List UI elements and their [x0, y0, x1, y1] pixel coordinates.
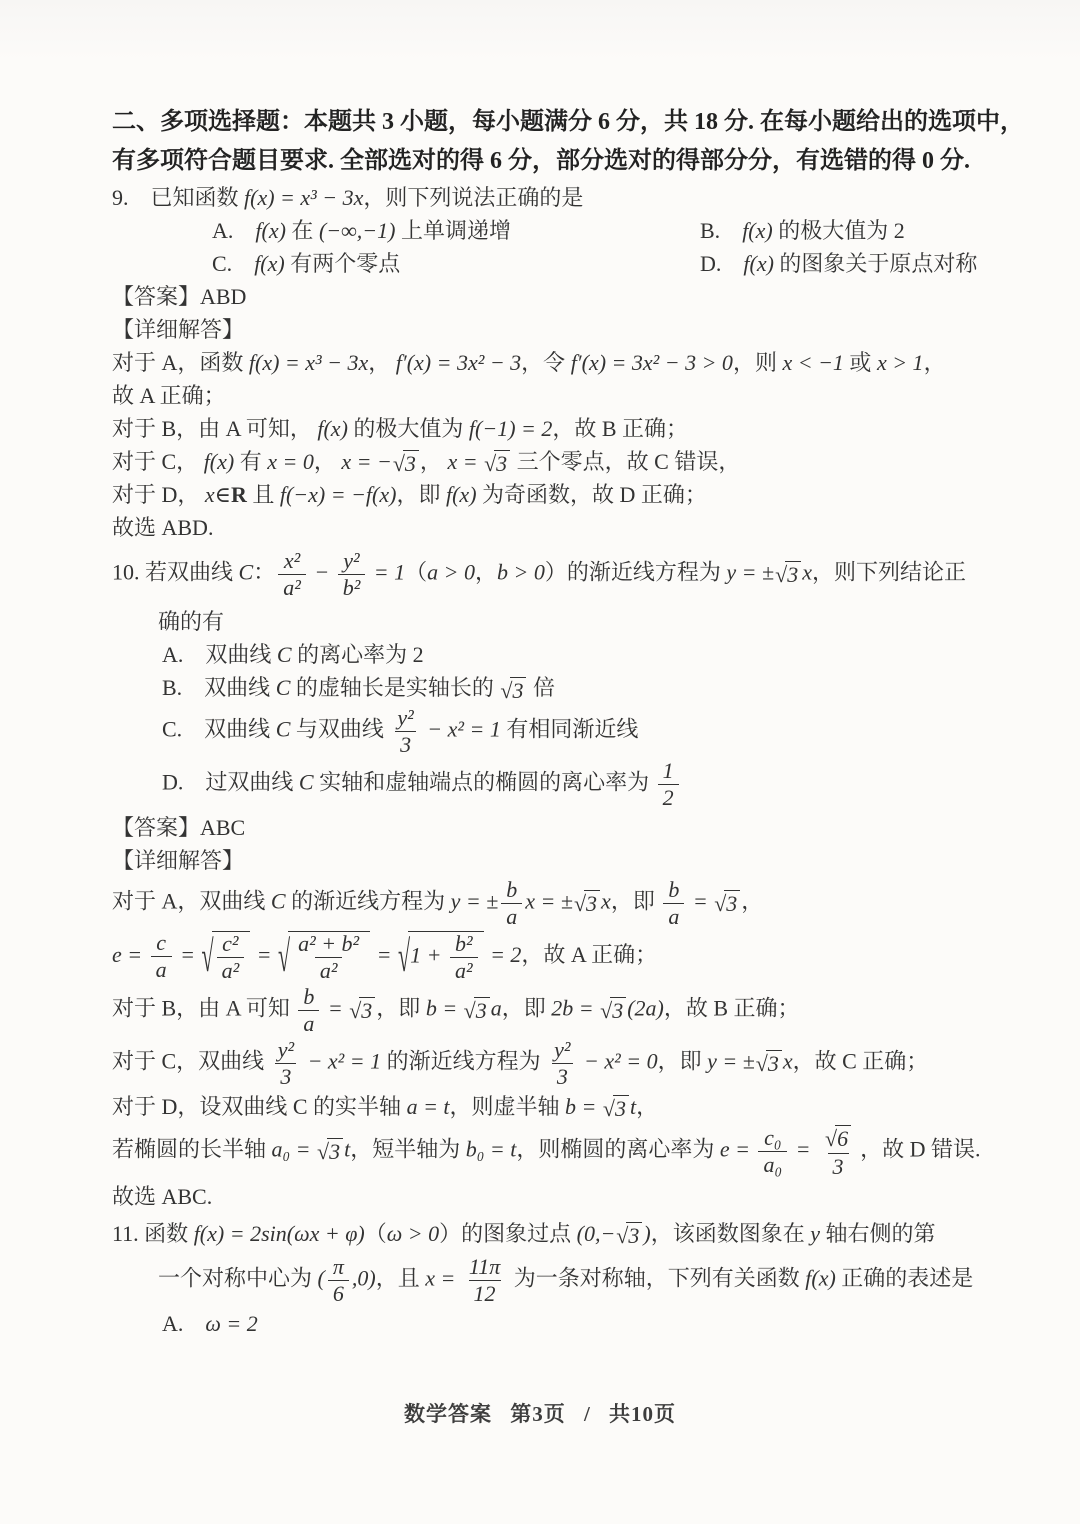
text-run: ，: [636, 1094, 658, 1119]
fraction-numerator: π: [328, 1255, 349, 1280]
text-run: 在: [286, 218, 319, 243]
text-run: 有两个零点: [285, 251, 401, 276]
math-run: 6: [333, 1281, 344, 1306]
fraction: π6: [328, 1255, 349, 1306]
math-run: 3: [405, 451, 416, 476]
radicand: 3: [610, 997, 626, 1024]
text-run: 倍: [527, 675, 555, 700]
q10-answer: 【答案】ABC: [112, 812, 1066, 843]
q9-option-row-2: C. f(x) 有两个零点D. f(x) 的图象关于原点对称: [112, 248, 1066, 279]
fraction-denominator: 2: [658, 784, 679, 810]
fraction-numerator: y²: [549, 1038, 575, 1063]
fraction: y²3: [392, 706, 418, 757]
text-run: D. 过双曲线: [162, 769, 299, 794]
fraction-denominator: a²: [450, 957, 478, 983]
text-run: 正确的表述是: [836, 1266, 974, 1291]
text-run: ，故 B 正确；: [552, 416, 688, 441]
sqrt-expression: √3: [317, 1138, 343, 1165]
math-run: b: [668, 877, 679, 902]
math-run: C: [276, 675, 291, 700]
math-run: b =: [426, 995, 463, 1020]
text-run: A. 双曲线: [162, 642, 277, 667]
text-run: ，则下列说法正确的是: [363, 185, 583, 210]
text-run: 对于 B，由 A 可知，: [112, 416, 317, 441]
radicand: a² + b²a²: [288, 931, 370, 983]
radicand: 3: [626, 1222, 642, 1249]
math-run: = 2: [485, 942, 522, 967]
radicand: 3: [359, 997, 375, 1024]
footer-separator: /: [584, 1402, 591, 1426]
math-run: f(x): [743, 251, 774, 276]
text-run: 二、多项选择题：本题共 3 小题，每小题满分 6 分，共 18 分. 在每小题给…: [112, 109, 1024, 135]
text-run: A.: [212, 218, 255, 243]
radicand: 1 + b²a²: [408, 931, 483, 983]
math-run: 3: [787, 562, 798, 587]
text-run: ，: [924, 350, 946, 375]
math-run: a²: [320, 958, 338, 983]
q10-stem-continuation: 确的有: [112, 606, 1066, 637]
math-run: x: [783, 1048, 793, 1073]
math-run: b =: [565, 1094, 602, 1119]
text-run: ，即: [658, 1048, 708, 1073]
fraction-numerator: c₀: [759, 1126, 786, 1151]
sqrt-expression: √3: [603, 1095, 629, 1122]
math-run: =: [790, 1137, 816, 1162]
fraction-numerator: y²: [273, 1038, 299, 1063]
fraction-denominator: a²: [217, 957, 245, 983]
math-run: b₀ = t: [466, 1137, 517, 1162]
fraction-denominator: a₀: [758, 1151, 787, 1177]
footer-doc-title: 数学答案: [404, 1402, 492, 1426]
text-run: 故选 ABC.: [112, 1184, 212, 1209]
radicand: 3: [327, 1138, 343, 1165]
math-run: ω = 2: [205, 1311, 257, 1336]
q9-answer: 【答案】ABD: [112, 281, 1066, 312]
math-run: 3: [768, 1051, 779, 1076]
fraction-numerator: c: [151, 931, 171, 956]
math-run: e =: [112, 942, 148, 967]
math-run: y²: [397, 705, 413, 730]
fraction-denominator: a: [151, 956, 172, 982]
text-run: 9. 已知函数: [112, 185, 244, 210]
math-run: e =: [720, 1137, 756, 1162]
fraction-denominator: a²: [315, 957, 343, 983]
fraction: a² + b²a²: [293, 932, 364, 983]
text-run: ，: [314, 449, 342, 474]
sqrt-expression: √3: [484, 450, 510, 477]
q10-solution-line-5: 对于 D，设双曲线 C 的实半轴 a = t，则虚半轴 b = √3t，: [112, 1091, 1066, 1122]
text-run: 三个零点，故 C 错误，: [511, 449, 740, 474]
math-run: b²: [343, 575, 361, 600]
q9-solution-line-2: 故 A 正确；: [112, 380, 1066, 411]
math-run: f(x): [204, 449, 235, 474]
math-run: 3: [628, 1223, 639, 1248]
text-run: 的图象关于原点对称: [774, 251, 978, 276]
text-run: 或: [844, 350, 877, 375]
text-run: 【答案】ABD: [112, 284, 246, 309]
math-run: x = 0: [267, 449, 314, 474]
fraction-numerator: 1: [658, 759, 679, 784]
math-run: x = −: [341, 449, 391, 474]
fraction: b²a²: [450, 932, 478, 983]
q9-option-c: C. f(x) 有两个零点: [162, 248, 650, 279]
text-run: 的虚轴长是实轴长的: [290, 675, 499, 700]
text-run: 【答案】ABC: [112, 815, 245, 840]
math-run: a₀: [763, 1152, 782, 1177]
math-run: b²: [455, 931, 473, 956]
footer-total-pages: 共10页: [609, 1402, 676, 1426]
math-run: 3: [280, 1064, 291, 1089]
math-run: a²: [455, 958, 473, 983]
math-run: =: [371, 942, 397, 967]
math-run: a₀ =: [272, 1137, 317, 1162]
math-run: a = t: [407, 1094, 450, 1119]
text-run: （: [405, 560, 427, 585]
text-run: ，则下列结论正: [812, 560, 966, 585]
fraction-numerator: 11π: [464, 1255, 505, 1280]
sqrt-expression: √1 + b²a²: [398, 931, 484, 983]
text-run: ，令: [521, 350, 571, 375]
math-run: 3: [476, 998, 487, 1023]
text-run: 故选 ABD.: [112, 515, 213, 540]
q11-stem-continuation: 一个对称中心为 (π6,0)，且 x = 11π12 为一条对称轴，下列有关函数…: [112, 1255, 1066, 1306]
q9-solution-line-5: 对于 D， x∈R 且 f(−x) = −f(x)，即 f(x) 为奇函数，故 …: [112, 479, 1066, 510]
math-run: y = ±: [451, 888, 499, 913]
math-run: y²: [278, 1037, 294, 1062]
math-run: y²: [343, 548, 359, 573]
text-run: C. 双曲线: [162, 716, 276, 741]
math-run: y = ±: [726, 560, 774, 585]
text-run: B. 双曲线: [162, 675, 276, 700]
q9-solution-line-1: 对于 A，函数 f(x) = x³ − 3x， f′(x) = 3x² − 3，…: [112, 347, 1066, 378]
radicand: c²a²: [212, 931, 251, 983]
math-run: a² + b²: [298, 931, 359, 956]
fraction-numerator: a² + b²: [293, 932, 364, 957]
text-run: 与双曲线: [290, 716, 389, 741]
math-run: 3: [586, 891, 597, 916]
text-run: 的渐近线方程为: [381, 1048, 546, 1073]
math-run: b > 0: [497, 560, 545, 585]
radicand: 3: [494, 450, 510, 477]
fraction-numerator: √6: [819, 1124, 857, 1152]
text-run: ，则: [733, 350, 783, 375]
math-run: 3: [400, 732, 411, 757]
math-run: c: [156, 930, 166, 955]
math-run: f(x): [805, 1266, 836, 1291]
q9-option-row-1: A. f(x) 在 (−∞,−1) 上单调递增B. f(x) 的极大值为 2: [112, 215, 1066, 246]
math-run: = 1: [368, 560, 405, 585]
radicand: 3: [510, 677, 526, 704]
q10-solution-label: 【详细解答】: [112, 845, 1066, 876]
q10-option-d: D. 过双曲线 C 实轴和虚轴端点的椭圆的离心率为 12: [112, 759, 1066, 810]
math-run: c²: [222, 931, 238, 956]
section-header-line-2: 有多项符合题目要求. 全部选对的得 6 分，部分选对的得部分分，有选错的得 0 …: [112, 143, 1066, 179]
math-run: f′(x) = 3x² − 3 > 0: [571, 350, 733, 375]
radicand: 3: [403, 450, 419, 477]
math-run: =: [251, 942, 277, 967]
text-run: 有相同渐近线: [501, 716, 639, 741]
fraction-numerator: b: [663, 878, 684, 903]
math-run: 3: [361, 998, 372, 1023]
q10-solution-line-3: 对于 B，由 A 可知 ba = √3，即 b = √3a，即 2b = √3(…: [112, 985, 1066, 1036]
radical-sign: √: [201, 931, 213, 983]
math-run: a: [303, 1011, 314, 1036]
math-run: − x² = 0: [579, 1048, 658, 1073]
math-run: (−∞,−1): [319, 218, 396, 243]
math-run: 2b =: [551, 995, 599, 1020]
math-run: 3: [615, 1096, 626, 1121]
math-run: (0,−: [577, 1221, 616, 1246]
math-run: −: [309, 560, 335, 585]
text-run: 对于 C，双曲线: [112, 1048, 270, 1073]
text-run: ，即: [502, 995, 552, 1020]
fraction-denominator: b²: [338, 574, 366, 600]
fraction: ba: [501, 878, 522, 929]
math-run: 1: [663, 758, 674, 783]
q10-option-a: A. 双曲线 C 的离心率为 2: [112, 639, 1066, 670]
math-run: ): [643, 1221, 650, 1246]
math-run: f(−x) = −f(x): [280, 482, 397, 507]
text-run: ，故 D 错误.: [860, 1137, 980, 1162]
text-run: 对于 B，由 A 可知: [112, 995, 295, 1020]
text-run: 的极大值为: [348, 416, 469, 441]
fraction-denominator: a: [501, 903, 522, 929]
math-run: C: [299, 769, 314, 794]
fraction-denominator: 6: [328, 1280, 349, 1306]
fraction-denominator: 3: [395, 731, 416, 757]
text-run: 确的有: [158, 609, 224, 634]
q9-solution-line-3: 对于 B，由 A 可知， f(x) 的极大值为 f(−1) = 2，故 B 正确…: [112, 413, 1066, 444]
text-run: 对于 D，: [112, 482, 205, 507]
sqrt-expression: √6: [825, 1125, 851, 1152]
text-run: B.: [700, 218, 742, 243]
q9-solution-line-4: 对于 C， f(x) 有 x = 0， x = −√3， x = √3 三个零点…: [112, 446, 1066, 477]
math-run: 11π: [469, 1254, 500, 1279]
q10-option-c: C. 双曲线 C 与双曲线 y²3 − x² = 1 有相同渐近线: [112, 706, 1066, 757]
math-run: y²: [554, 1037, 570, 1062]
text-run: ）的图象过点: [439, 1221, 577, 1246]
radicand: 3: [766, 1050, 782, 1077]
fraction: y²3: [549, 1038, 575, 1089]
fraction: 11π12: [464, 1255, 505, 1306]
text-run: 为奇函数，故 D 正确；: [477, 482, 707, 507]
text-run: ，该函数图象在: [651, 1221, 811, 1246]
radicand: 3: [724, 890, 740, 917]
math-run: x > 1: [877, 350, 924, 375]
text-run: C.: [212, 251, 254, 276]
fraction-numerator: c²: [217, 932, 243, 957]
math-run: =: [687, 888, 713, 913]
sqrt-expression: √3: [464, 997, 490, 1024]
text-run: 对于 C，: [112, 449, 204, 474]
q9-solution-line-6: 故选 ABD.: [112, 512, 1066, 543]
math-run: 3: [612, 998, 623, 1023]
text-run: 对于 D，设双曲线 C 的实半轴: [112, 1094, 407, 1119]
text-run: 有多项符合题目要求. 全部选对的得 6 分，部分选对的得部分分，有选错的得 0 …: [112, 148, 970, 174]
text-run: ，短半轴为: [350, 1137, 466, 1162]
math-run: y = ±: [707, 1048, 755, 1073]
text-run: 且: [247, 482, 280, 507]
q9-solution-label: 【详细解答】: [112, 314, 1066, 345]
fraction-numerator: y²: [392, 706, 418, 731]
fraction: y²b²: [338, 549, 366, 600]
math-run: =: [175, 942, 201, 967]
text-run: ，: [368, 350, 396, 375]
answer-sheet-page: 二、多项选择题：本题共 3 小题，每小题满分 6 分，共 18 分. 在每小题给…: [0, 0, 1080, 1524]
math-run: b: [303, 984, 314, 1009]
radicand: 3: [584, 890, 600, 917]
math-run: f(x) = x³ − 3x: [249, 350, 368, 375]
sqrt-expression: √3: [756, 1050, 782, 1077]
radical-sign: √: [398, 931, 410, 983]
fraction-denominator: a: [298, 1010, 319, 1036]
math-run: C: [271, 888, 286, 913]
fraction-denominator: 3: [828, 1153, 849, 1179]
math-run: y: [810, 1221, 820, 1246]
text-run: 若椭圆的长半轴: [112, 1137, 272, 1162]
math-run: C: [239, 560, 254, 585]
math-run: a > 0: [427, 560, 475, 585]
text-run: 的极大值为 2: [773, 218, 905, 243]
text-run: （: [365, 1221, 387, 1246]
fraction-denominator: a²: [278, 574, 306, 600]
math-run: x < −1: [782, 350, 843, 375]
fraction-numerator: b²: [450, 932, 478, 957]
q10-solution-line-7: 故选 ABC.: [112, 1181, 1066, 1212]
text-run: 【详细解答】: [112, 317, 244, 342]
fraction: x²a²: [278, 549, 306, 600]
text-run: 有: [234, 449, 267, 474]
math-run: − x² = 1: [422, 716, 501, 741]
text-run: ，则虚半轴: [450, 1094, 566, 1119]
text-run: ，即: [396, 482, 446, 507]
fraction: c₀a₀: [758, 1126, 787, 1177]
text-run: ，: [475, 560, 497, 585]
math-run: f(x) = x³ − 3x: [244, 185, 363, 210]
math-run: (: [318, 1266, 325, 1291]
math-run: (2a): [627, 995, 664, 1020]
math-run: 3: [329, 1139, 340, 1164]
math-run: 3: [833, 1154, 844, 1179]
fraction-denominator: 12: [469, 1280, 501, 1306]
text-run: ）的渐近线方程为: [545, 560, 727, 585]
text-run: 故 A 正确；: [112, 383, 226, 408]
radicand: 6: [835, 1125, 851, 1152]
fraction-numerator: b: [298, 985, 319, 1010]
math-run: π: [333, 1254, 344, 1279]
q10-stem: 10. 若双曲线 C：x²a² − y²b² = 1（a > 0，b > 0）的…: [112, 549, 1066, 600]
sqrt-expression: √3: [393, 450, 419, 477]
q10-solution-line-1: 对于 A，双曲线 C 的渐近线方程为 y = ±bax = ±√3x，即 ba …: [112, 878, 1066, 929]
math-run: f(x): [255, 218, 286, 243]
fraction-numerator: b: [501, 878, 522, 903]
text-run: ，即: [376, 995, 426, 1020]
math-run: 12: [474, 1281, 496, 1306]
math-run: 1 +: [410, 942, 447, 967]
text-run: 的渐近线方程为: [286, 888, 451, 913]
math-run: x: [205, 482, 215, 507]
math-run: a: [491, 995, 502, 1020]
math-run: f(−1) = 2: [469, 416, 552, 441]
text-run: ，故 A 正确；: [521, 942, 657, 967]
math-run: a: [668, 904, 679, 929]
math-run: 6: [837, 1126, 848, 1151]
fraction-numerator: x²: [279, 549, 305, 574]
fraction: ca: [151, 931, 172, 982]
sqrt-expression: √3: [775, 561, 801, 588]
text-run: 【详细解答】: [112, 848, 244, 873]
text-run: 上单调递增: [395, 218, 511, 243]
sqrt-expression: √c²a²: [201, 931, 250, 983]
text-run: D.: [700, 251, 743, 276]
q11-option-a: A. ω = 2: [112, 1308, 1066, 1339]
math-run: x: [802, 560, 812, 585]
math-run: 3: [512, 678, 523, 703]
math-run: x =: [447, 449, 483, 474]
math-run: ,0): [352, 1266, 376, 1291]
fraction: 12: [658, 759, 679, 810]
text-run: 一个对称中心为: [158, 1266, 318, 1291]
radicand: 3: [613, 1095, 629, 1122]
fraction-denominator: a: [663, 903, 684, 929]
sqrt-expression: √3: [500, 677, 526, 704]
text-run: A.: [162, 1311, 205, 1336]
q10-option-b: B. 双曲线 C 的虚轴长是实轴长的 √3 倍: [112, 672, 1066, 703]
math-run: 3: [557, 1064, 568, 1089]
section-header-line-1: 二、多项选择题：本题共 3 小题，每小题满分 6 分，共 18 分. 在每小题给…: [112, 104, 1066, 140]
text-run: 10. 若双曲线: [112, 560, 239, 585]
text-run: ，: [741, 888, 763, 913]
math-run: b: [506, 877, 517, 902]
text-run: ：: [253, 560, 275, 585]
math-run: f′(x) = 3x² − 3: [396, 350, 521, 375]
fraction: c²a²: [217, 932, 245, 983]
fraction: ba: [298, 985, 319, 1036]
q10-solution-line-2: e = ca = √c²a² = √a² + b²a² = √1 + b²a² …: [112, 931, 1066, 983]
math-run: a: [506, 904, 517, 929]
math-run: x²: [284, 548, 300, 573]
text-run: ，故 B 正确；: [664, 995, 800, 1020]
q10-solution-line-4: 对于 C，双曲线 y²3 − x² = 1 的渐近线方程为 y²3 − x² =…: [112, 1038, 1066, 1089]
math-run: − x² = 1: [302, 1048, 381, 1073]
fraction-denominator: 3: [552, 1063, 573, 1089]
math-run: f(x): [317, 416, 348, 441]
radicand: 3: [474, 997, 490, 1024]
q11-stem: 11. 函数 f(x) = 2sin(ωx + φ)（ω > 0）的图象过点 (…: [112, 1218, 1066, 1249]
radicand: 3: [785, 561, 801, 588]
math-run: f(x): [254, 251, 285, 276]
q10-solution-line-6: 若椭圆的长半轴 a₀ = √3t，短半轴为 b₀ = t，则椭圆的离心率为 e …: [112, 1124, 1066, 1178]
fraction-numerator: y²: [338, 549, 364, 574]
math-run: f(x) = 2sin(ωx + φ): [194, 1221, 365, 1246]
math-run: x = ±: [525, 888, 573, 913]
math-run: C: [276, 716, 291, 741]
text-run: 对于 A，双曲线: [112, 888, 271, 913]
math-run: a²: [222, 958, 240, 983]
math-run: x: [601, 888, 611, 913]
text-run: ∈: [215, 482, 231, 507]
q9-option-a: A. f(x) 在 (−∞,−1) 上单调递增: [162, 215, 650, 246]
radical-sign: √: [278, 931, 290, 983]
math-run: f(x): [742, 218, 773, 243]
math-run: ω > 0: [387, 1221, 439, 1246]
page-footer: 数学答案 第3页 / 共10页: [0, 1398, 1080, 1428]
text-run: 11. 函数: [112, 1221, 194, 1246]
text-run: ，故 C 正确；: [793, 1048, 929, 1073]
math-run: C: [277, 642, 292, 667]
sqrt-expression: √a² + b²a²: [278, 931, 370, 983]
text-run: ，即: [611, 888, 661, 913]
